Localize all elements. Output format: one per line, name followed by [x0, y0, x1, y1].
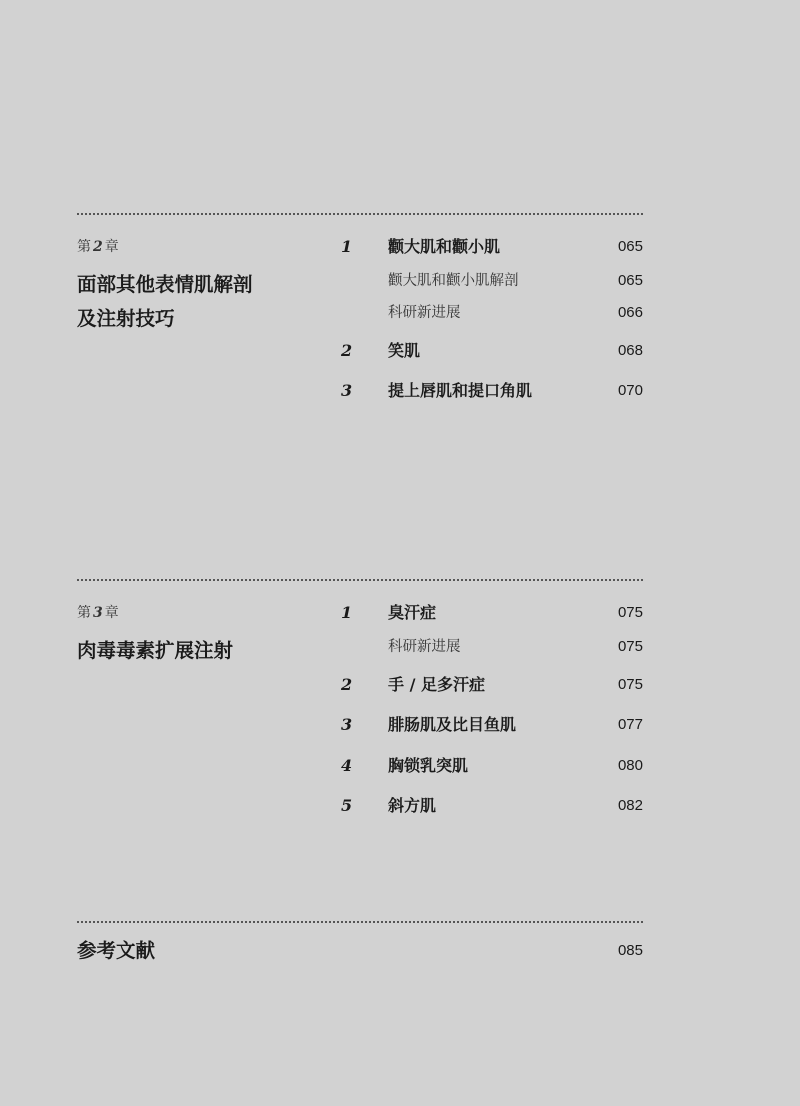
- entry-label: 颧大肌和颧小肌解剖: [388, 270, 519, 292]
- entry-page-number: 068: [618, 340, 643, 362]
- entry-page-number: 075: [618, 636, 643, 658]
- chapter-number: 2: [93, 239, 103, 255]
- entry-page-number: 065: [618, 236, 643, 258]
- chapter-label: 第3章: [77, 604, 119, 622]
- entry-index: 1: [341, 236, 352, 258]
- entry-index: 5: [341, 795, 352, 817]
- entry-label: 臭汗症: [388, 602, 436, 624]
- dotted-divider: [77, 213, 643, 215]
- chapter-title[interactable]: 肉毒毒素扩展注射: [77, 634, 317, 668]
- entry-page-number: 075: [618, 602, 643, 624]
- entry-index: 3: [341, 714, 352, 736]
- entry-label: 颧大肌和颧小肌: [388, 236, 500, 258]
- chapter-title-line1: 面部其他表情肌解剖: [77, 268, 317, 302]
- entry-page-number: 080: [618, 755, 643, 777]
- entry-index: 4: [341, 755, 352, 777]
- chapter-title[interactable]: 面部其他表情肌解剖 及注射技巧: [77, 268, 317, 336]
- entry-page-number: 070: [618, 380, 643, 402]
- entry-label: 手 / 足多汗症: [388, 674, 485, 696]
- chapter-label-suffix: 章: [105, 605, 119, 621]
- chapter-label-prefix: 第: [77, 239, 91, 255]
- entry-label: 腓肠肌及比目鱼肌: [388, 714, 516, 736]
- toc-entry[interactable]: 3 提上唇肌和提口角肌 070: [341, 380, 643, 402]
- toc-entry[interactable]: 2 笑肌 068: [341, 340, 643, 362]
- toc-subentry[interactable]: 科研新进展 066: [341, 302, 643, 324]
- entry-label: 提上唇肌和提口角肌: [388, 380, 532, 402]
- entry-label: 斜方肌: [388, 795, 436, 817]
- references-title[interactable]: 参考文献: [77, 936, 155, 966]
- chapter-label: 第2章: [77, 238, 119, 256]
- toc-entry[interactable]: 1 颧大肌和颧小肌 065: [341, 236, 643, 258]
- toc-entry[interactable]: 1 臭汗症 075: [341, 602, 643, 624]
- entry-index: 2: [341, 340, 352, 362]
- entry-index: 1: [341, 602, 352, 624]
- chapter-title-line1: 肉毒毒素扩展注射: [77, 634, 317, 668]
- references-page-number: 085: [618, 936, 643, 966]
- toc-entry[interactable]: 4 胸锁乳突肌 080: [341, 755, 643, 777]
- chapter-label-prefix: 第: [77, 605, 91, 621]
- toc-entry[interactable]: 2 手 / 足多汗症 075: [341, 674, 643, 696]
- entry-page-number: 077: [618, 714, 643, 736]
- entry-page-number: 065: [618, 270, 643, 292]
- entry-label: 科研新进展: [388, 636, 461, 658]
- chapter-title-line2: 及注射技巧: [77, 302, 317, 336]
- toc-entry[interactable]: 3 腓肠肌及比目鱼肌 077: [341, 714, 643, 736]
- entry-label: 笑肌: [388, 340, 420, 362]
- chapter-label-suffix: 章: [105, 239, 119, 255]
- entry-page-number: 075: [618, 674, 643, 696]
- toc-subentry[interactable]: 科研新进展 075: [341, 636, 643, 658]
- entry-label: 胸锁乳突肌: [388, 755, 468, 777]
- entry-label: 科研新进展: [388, 302, 461, 324]
- dotted-divider: [77, 579, 643, 581]
- toc-subentry[interactable]: 颧大肌和颧小肌解剖 065: [341, 270, 643, 292]
- entry-page-number: 082: [618, 795, 643, 817]
- entry-page-number: 066: [618, 302, 643, 324]
- toc-entry[interactable]: 5 斜方肌 082: [341, 795, 643, 817]
- dotted-divider: [77, 921, 643, 923]
- chapter-number: 3: [93, 605, 103, 621]
- entry-index: 3: [341, 380, 352, 402]
- entry-index: 2: [341, 674, 352, 696]
